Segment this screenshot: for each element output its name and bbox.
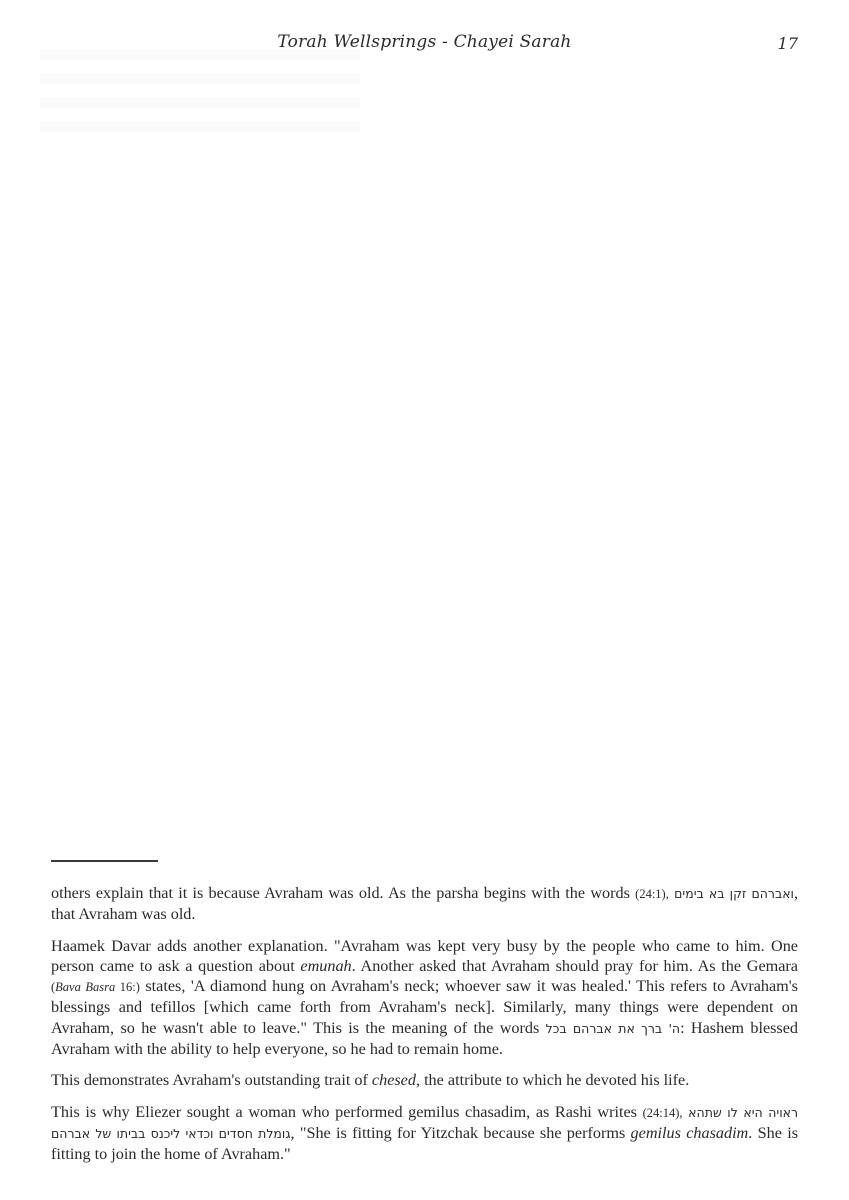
running-title: Torah Wellsprings - Chayei Sarah <box>0 32 849 52</box>
page-header: Torah Wellsprings - Chayei Sarah 17 <box>0 32 849 58</box>
text: This is why Eliezer sought a woman who p… <box>51 1103 643 1121</box>
hebrew-quote: ה' ברך את אברהם בכל <box>546 1021 680 1036</box>
hebrew-quote: ואברהם זקן בא בימים <box>674 886 794 901</box>
text: . Another asked that Avraham should pray… <box>352 957 798 975</box>
text: , the attribute to which he devoted his … <box>416 1071 689 1089</box>
footnote-paragraph-2: Haamek Davar adds another explanation. "… <box>51 936 798 1060</box>
footnote-paragraph-4: This is why Eliezer sought a woman who p… <box>51 1102 798 1165</box>
page-number: 17 <box>778 34 798 53</box>
footnotes: others explain that it is because Avraha… <box>51 883 798 1176</box>
text: , "She is fitting for Yitzchak because s… <box>290 1124 630 1142</box>
footnote-paragraph-1: others explain that it is because Avraha… <box>51 883 798 925</box>
source-reference-page: 16:) <box>115 980 140 994</box>
text: others explain that it is because Avraha… <box>51 884 635 902</box>
source-reference-title: Bava Basra <box>55 980 115 994</box>
footnote-separator <box>51 860 158 862</box>
document-page: Torah Wellsprings - Chayei Sarah 17 othe… <box>0 0 849 1200</box>
italic-term: gemilus chasadim <box>631 1124 749 1142</box>
italic-term: emunah <box>300 957 351 975</box>
text: This demonstrates Avraham's outstanding … <box>51 1071 372 1089</box>
footnote-paragraph-3: This demonstrates Avraham's outstanding … <box>51 1070 798 1090</box>
verse-reference: (24:1), <box>635 887 669 901</box>
verse-reference: (24:14), <box>643 1106 683 1120</box>
bleed-through-shadow <box>40 50 360 145</box>
italic-term: chesed <box>372 1071 416 1089</box>
